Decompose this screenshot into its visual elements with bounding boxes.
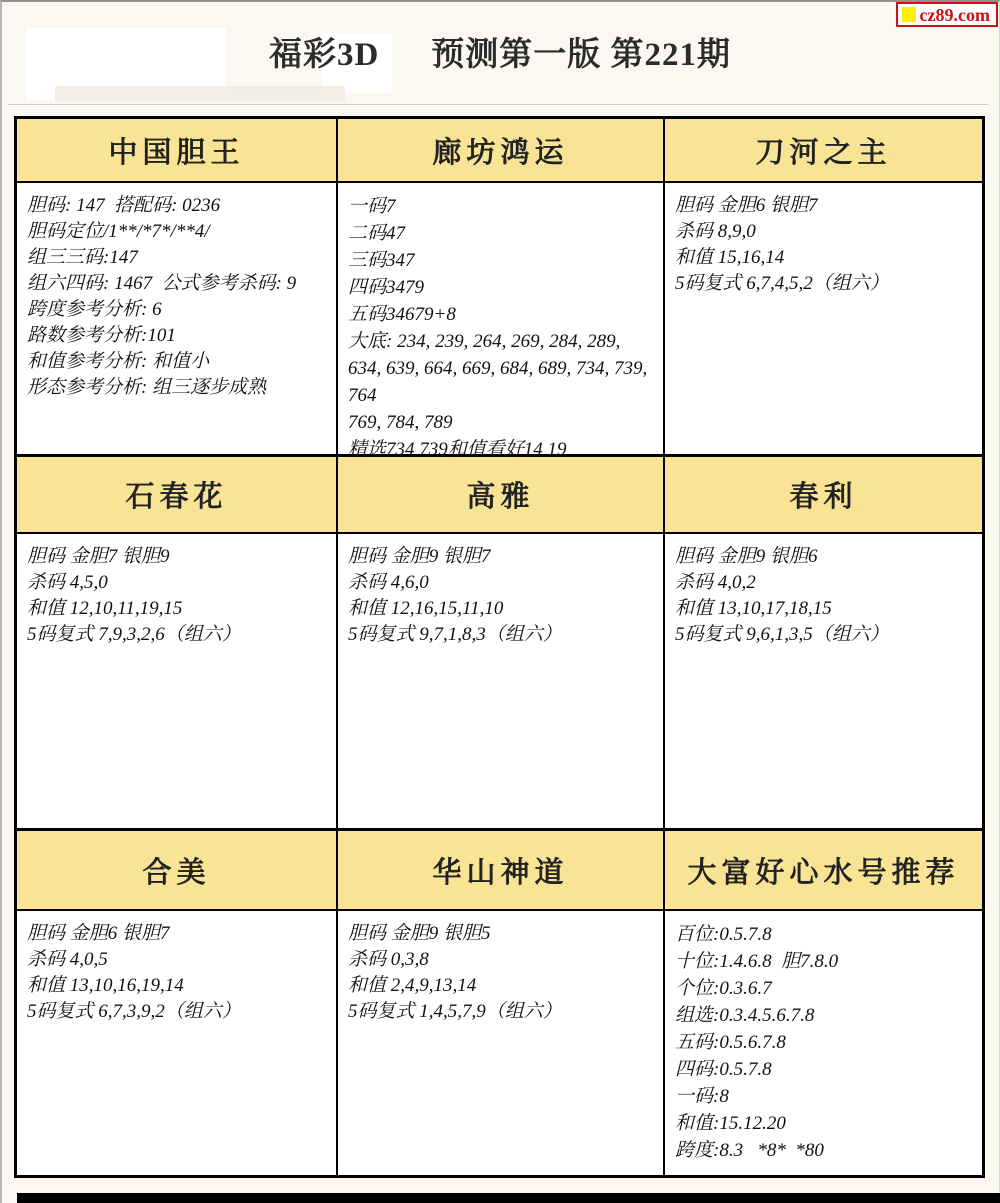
panel-head-chunli: 春利 [665, 457, 982, 534]
text-line: 杀码 4,0,2 [675, 570, 974, 596]
text-line: 和值 13,10,17,18,15 [675, 596, 974, 622]
text-line: 一码:8 [675, 1083, 974, 1110]
panel-body-hemei: 胆码 金胆6 银胆7杀码 4,0,5和值 13,10,16,19,145码复式 … [17, 911, 338, 1175]
panel-body-shichunhua: 胆码 金胆7 银胆9杀码 4,5,0和值 12,10,11,19,155码复式 … [17, 534, 338, 831]
masthead-divider [8, 104, 988, 106]
text-line: 跨度参考分析: 6 [27, 297, 328, 323]
text-line: 杀码 4,0,5 [27, 947, 328, 973]
panel-body-chunli: 胆码 金胆9 银胆6杀码 4,0,2和值 13,10,17,18,155码复式 … [665, 534, 982, 831]
text-line: 胆码定位/1**/*7*/**4/ [27, 219, 328, 245]
yellow-square-icon [902, 7, 916, 22]
page-title: 福彩3D预测第一版 第221期 [0, 28, 1000, 75]
panel-head-dafu-haoxin: 大富好心水号推荐 [665, 831, 982, 911]
text-line: 5码复式 7,9,3,2,6（组六） [27, 622, 328, 648]
text-line: 和值 2,4,9,13,14 [348, 973, 655, 999]
text-line: 5码复式 6,7,3,9,2（组六） [27, 999, 328, 1025]
panel-head-daohe-zhizhu: 刀河之主 [665, 119, 982, 183]
text-line: 胆码 金胆6 银胆7 [27, 921, 328, 947]
panel-body-langfang-hongyun: 一码7二码47三码347四码3479五码34679+8大底: 234, 239,… [338, 183, 665, 457]
text-line: 769, 784, 789 [348, 409, 655, 436]
text-line: 5码复式 9,6,1,3,5（组六） [675, 622, 974, 648]
text-line: 组三三码:147 [27, 245, 328, 271]
text-line: 5码复式 1,4,5,7,9（组六） [348, 999, 655, 1025]
text-line: 胆码 金胆7 银胆9 [27, 544, 328, 570]
text-line: 和值 12,10,11,19,15 [27, 596, 328, 622]
text-line: 杀码 4,5,0 [27, 570, 328, 596]
panel-body-zhongguo-danwang: 胆码: 147 搭配码: 0236胆码定位/1**/*7*/**4/组三三码:1… [17, 183, 338, 457]
text-line: 和值:15.12.20 [675, 1110, 974, 1137]
text-line: 大底: 234, 239, 264, 269, 284, 289, 634, 6… [348, 328, 655, 409]
text-line: 和值 13,10,16,19,14 [27, 973, 328, 999]
text-line: 四码:0.5.7.8 [675, 1056, 974, 1083]
text-line: 5码复式 9,7,1,8,3（组六） [348, 622, 655, 648]
text-line: 跨度:8.3 *8* *80 [675, 1137, 974, 1164]
text-line: 路数参考分析:101 [27, 323, 328, 349]
prediction-board: 中国胆王 廊坊鸿运 刀河之主 胆码: 147 搭配码: 0236胆码定位/1**… [14, 116, 985, 1178]
site-badge-text: cz89.com [920, 6, 990, 24]
text-line: 十位:1.4.6.8 胆7.8.0 [675, 948, 974, 975]
text-line: 形态参考分析: 组三逐步成熟 [27, 375, 328, 401]
panel-head-langfang-hongyun: 廊坊鸿运 [338, 119, 665, 183]
page-title-right: 预测第一版 第221期 [431, 37, 731, 73]
text-line: 和值 12,16,15,11,10 [348, 596, 655, 622]
faded-watermark [55, 86, 345, 101]
text-line: 胆码 金胆9 银胆7 [348, 544, 655, 570]
text-line: 胆码 金胆6 银胆7 [675, 193, 974, 219]
panel-body-huashan-shendao: 胆码 金胆9 银胆5杀码 0,3,8和值 2,4,9,13,145码复式 1,4… [338, 911, 665, 1175]
text-line: 五码:0.5.6.7.8 [675, 1029, 974, 1056]
panel-head-gaoya: 高雅 [338, 457, 665, 534]
text-line: 一码7 [348, 193, 655, 220]
masthead: 福彩3D预测第一版 第221期 cz89.com [0, 0, 1000, 106]
text-line: 5码复式 6,7,4,5,2（组六） [675, 271, 974, 297]
text-line: 杀码 0,3,8 [348, 947, 655, 973]
panel-head-huashan-shendao: 华山神道 [338, 831, 665, 911]
panel-body-dafu-haoxin: 百位:0.5.7.8十位:1.4.6.8 胆7.8.0个位:0.3.6.7组选:… [665, 911, 982, 1175]
text-line: 个位:0.3.6.7 [675, 975, 974, 1002]
text-line: 组六四码: 1467 公式参考杀码: 9 [27, 271, 328, 297]
text-line: 二码47 [348, 220, 655, 247]
text-line: 胆码 金胆9 银胆5 [348, 921, 655, 947]
text-line: 百位:0.5.7.8 [675, 921, 974, 948]
text-line: 和值 15,16,14 [675, 245, 974, 271]
text-line: 杀码 8,9,0 [675, 219, 974, 245]
text-line: 胆码 金胆9 银胆6 [675, 544, 974, 570]
panel-body-gaoya: 胆码 金胆9 银胆7杀码 4,6,0和值 12,16,15,11,105码复式 … [338, 534, 665, 831]
text-line: 胆码: 147 搭配码: 0236 [27, 193, 328, 219]
panel-head-shichunhua: 石春花 [17, 457, 338, 534]
panel-head-zhongguo-danwang: 中国胆王 [17, 119, 338, 183]
page-title-left: 福彩3D [269, 37, 379, 73]
text-line: 组选:0.3.4.5.6.7.8 [675, 1002, 974, 1029]
text-line: 三码347 [348, 247, 655, 274]
text-line: 和值参考分析: 和值小 [27, 349, 328, 375]
text-line: 杀码 4,6,0 [348, 570, 655, 596]
site-badge-link[interactable]: cz89.com [896, 2, 998, 27]
text-line: 五码34679+8 [348, 301, 655, 328]
bottom-black-bar [17, 1193, 1000, 1203]
panel-body-daohe-zhizhu: 胆码 金胆6 银胆7杀码 8,9,0和值 15,16,145码复式 6,7,4,… [665, 183, 982, 457]
text-line: 四码3479 [348, 274, 655, 301]
panel-head-hemei: 合美 [17, 831, 338, 911]
